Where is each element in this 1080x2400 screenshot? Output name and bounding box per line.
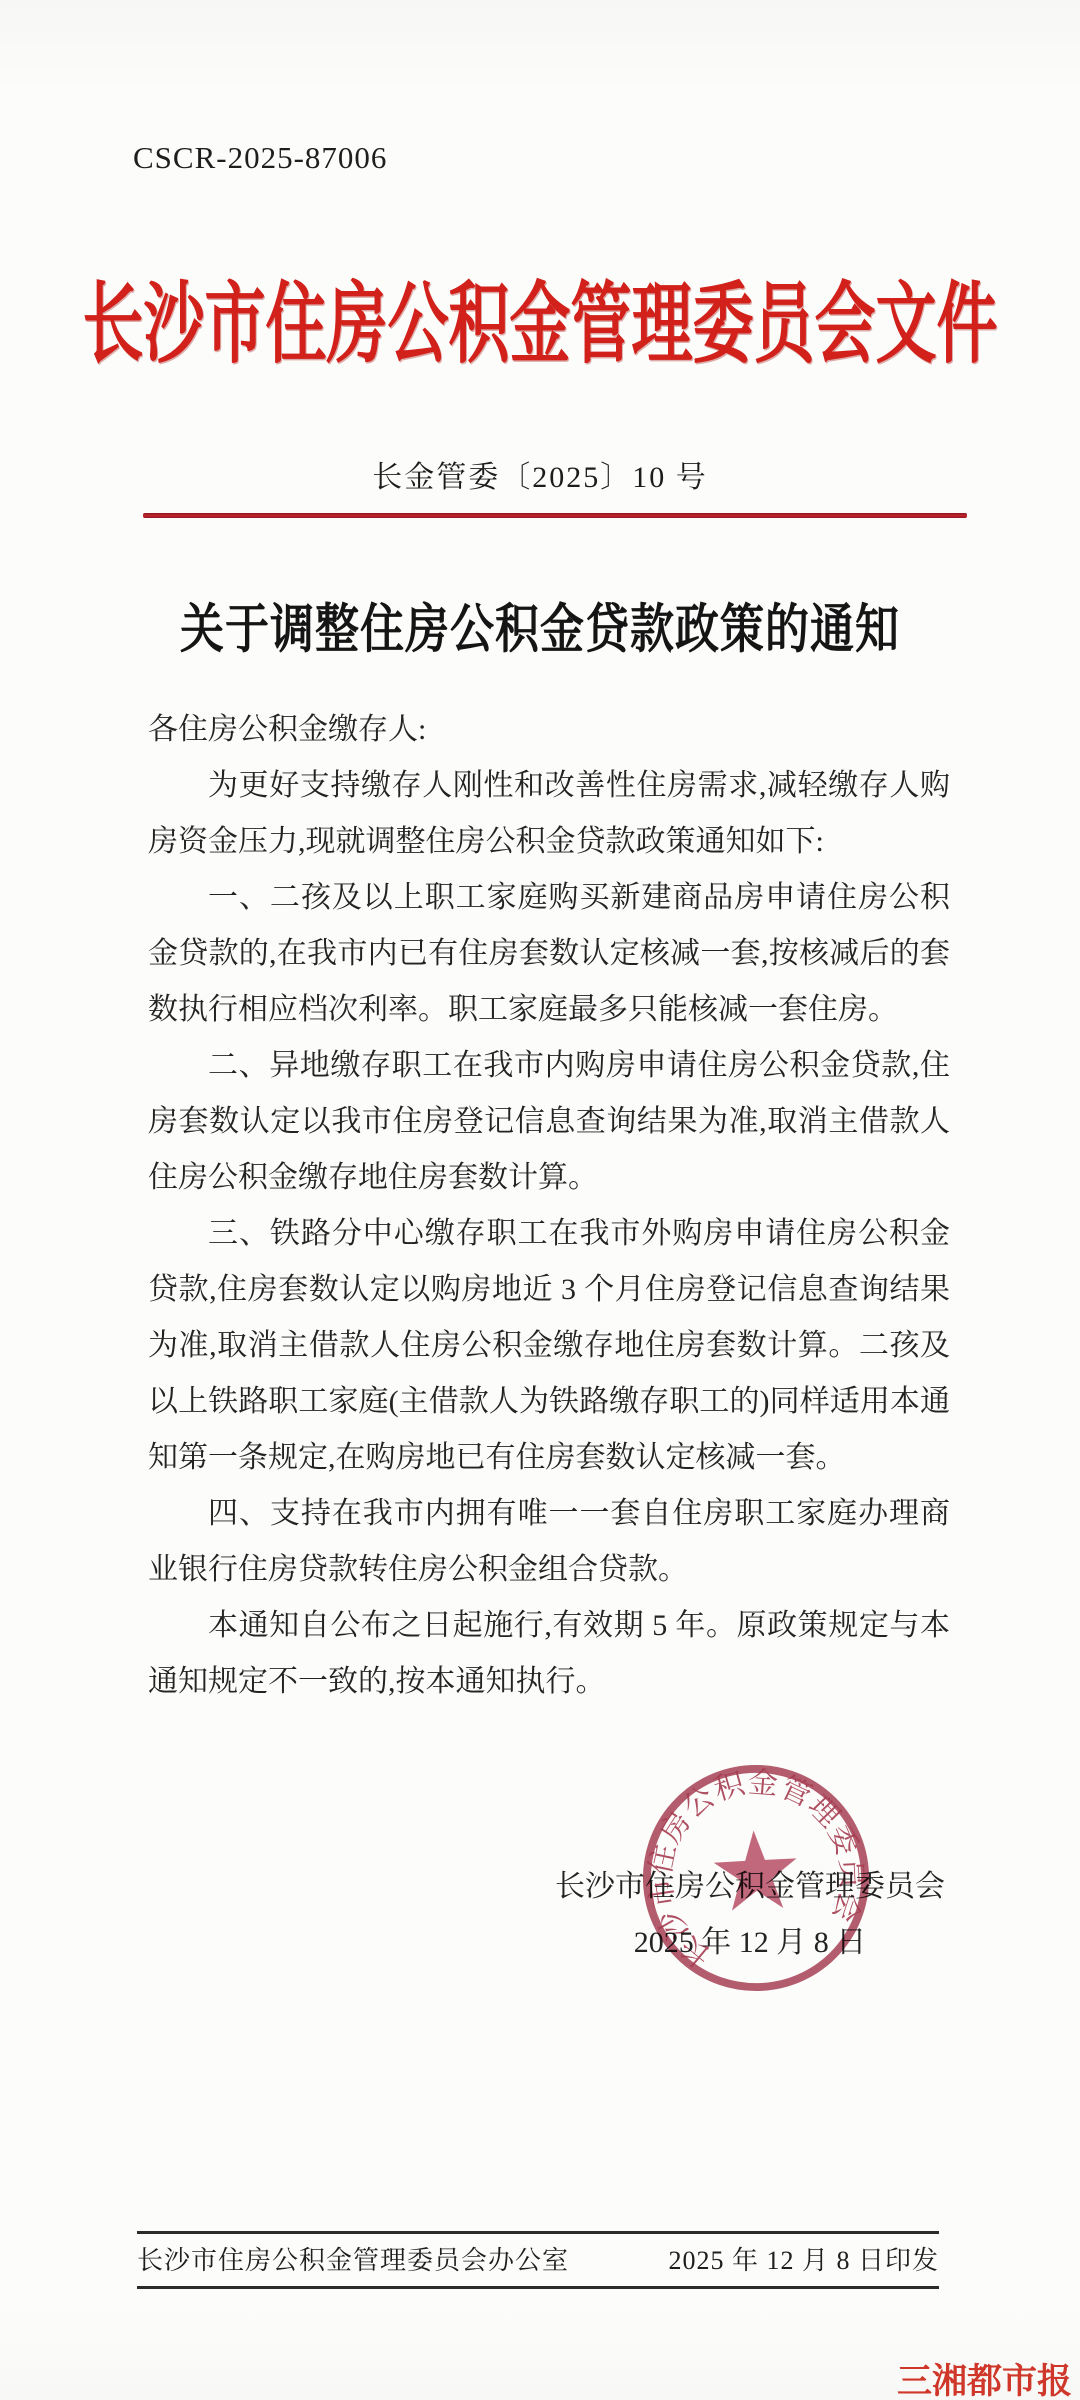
official-seal: 长沙市住房公积金管理委员会 xyxy=(631,1753,881,2003)
document-body: 各住房公积金缴存人: 为更好支持缴存人刚性和改善性住房需求,减轻缴存人购房资金压… xyxy=(148,702,950,1710)
footer-print-date: 2025 年 12 月 8 日印发 xyxy=(668,2244,939,2278)
paragraph-item-1: 一、二孩及以上职工家庭购买新建商品房申请住房公积金贷款的,在我市内已有住房套数认… xyxy=(148,870,950,1038)
doc-number: 长金管委〔2025〕10 号 xyxy=(0,452,1080,496)
footer-issuer: 长沙市住房公积金管理委员会办公室 xyxy=(137,2244,569,2278)
document-title: 关于调整住房公积金贷款政策的通知 xyxy=(0,600,1080,661)
salutation: 各住房公积金缴存人: xyxy=(148,702,950,758)
paragraph-item-2: 二、异地缴存职工在我市内购房申请住房公积金贷款,住房套数认定以我市住房登记信息查… xyxy=(148,1038,950,1206)
press-watermark: 三湘都市报 xyxy=(897,2354,1072,2400)
seal-star-icon xyxy=(712,1828,799,1911)
paragraph-intro: 为更好支持缴存人刚性和改善性住房需求,减轻缴存人购房资金压力,现就调整住房公积金… xyxy=(148,758,950,870)
red-divider-rule xyxy=(143,513,967,518)
footer-row: 长沙市住房公积金管理委员会办公室 2025 年 12 月 8 日印发 xyxy=(137,2244,939,2278)
document-page: CSCR-2025-87006 长沙市住房公积金管理委员会文件 长金管委〔202… xyxy=(0,0,1080,2400)
archive-code: CSCR-2025-87006 xyxy=(133,140,387,176)
red-header-title: 长沙市住房公积金管理委员会文件 xyxy=(0,282,1080,370)
paragraph-item-3: 三、铁路分中心缴存职工在我市外购房申请住房公积金贷款,住房套数认定以购房地近 3… xyxy=(148,1206,950,1486)
paragraph-item-4: 四、支持在我市内拥有唯一一套自住房职工家庭办理商业银行住房贷款转住房公积金组合贷… xyxy=(148,1486,950,1598)
footer-rule-bottom xyxy=(137,2286,939,2289)
footer-rule-top xyxy=(137,2231,939,2234)
paragraph-closing: 本通知自公布之日起施行,有效期 5 年。原政策规定与本通知规定不一致的,按本通知… xyxy=(148,1598,950,1710)
